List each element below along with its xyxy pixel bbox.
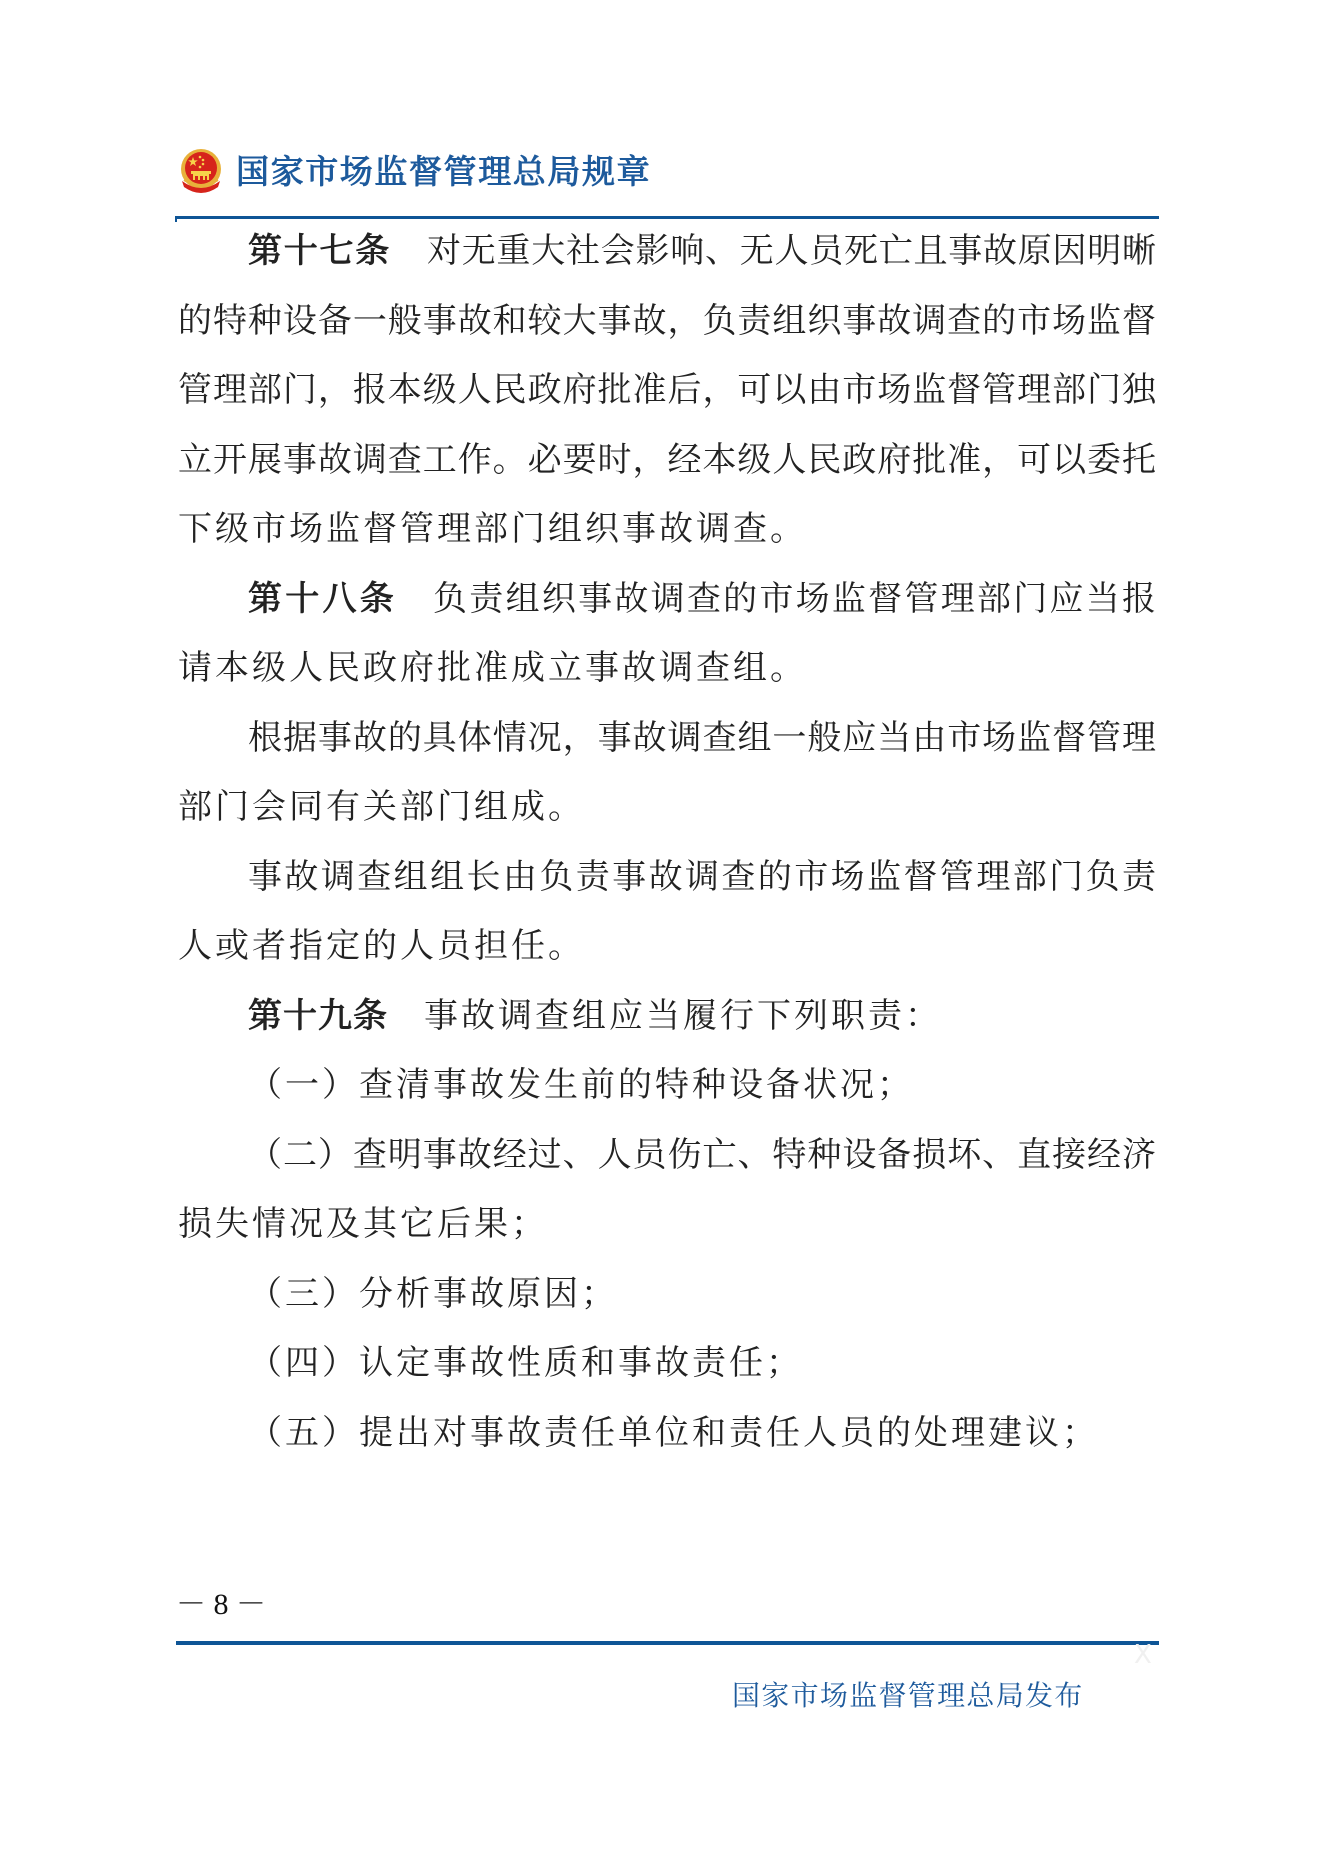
- article-19-item-2-line-2: 损失情况及其它后果；: [178, 1190, 1156, 1260]
- article-17-line-2: 的特种设备一般事故和较大事故，负责组织事故调查的市场监督: [178, 287, 1156, 357]
- article-17-line-4: 立开展事故调查工作。必要时，经本级人民政府批准，可以委托: [178, 426, 1156, 496]
- header-title: 国家市场监督管理总局规章: [236, 152, 651, 192]
- article-19-heading: 第十九条: [248, 996, 388, 1036]
- article-19-item-3: （三）分析事故原因；: [178, 1260, 1156, 1330]
- article-18-line-1: 第十八条负责组织事故调查的市场监督管理部门应当报: [178, 565, 1156, 635]
- footer-publisher: 国家市场监督管理总局发布: [732, 1676, 1084, 1716]
- page-number: － 8 －: [176, 1588, 266, 1622]
- article-19-item-5: （五）提出对事故责任单位和责任人员的处理建议；: [178, 1399, 1156, 1469]
- article-18-para-2-line-2: 部门会同有关部门组成。: [178, 773, 1156, 843]
- text: 对无重大社会影响、无人员死亡且事故原因明晰: [427, 231, 1156, 271]
- article-17-line-1: 第十七条对无重大社会影响、无人员死亡且事故原因明晰: [178, 217, 1156, 287]
- article-19-item-4: （四）认定事故性质和事故责任；: [178, 1329, 1156, 1399]
- text: 事故调查组应当履行下列职责：: [424, 996, 942, 1036]
- watermark-mark: X: [1134, 1640, 1152, 1670]
- article-17-line-5: 下级市场监督管理部门组织事故调查。: [178, 495, 1156, 565]
- national-emblem-icon: [178, 147, 224, 197]
- article-18-para-3-line-2: 人或者指定的人员担任。: [178, 912, 1156, 982]
- article-17-line-3: 管理部门，报本级人民政府批准后，可以由市场监督管理部门独: [178, 356, 1156, 426]
- article-17-heading: 第十七条: [248, 231, 391, 271]
- article-18-line-2: 请本级人民政府批准成立事故调查组。: [178, 634, 1156, 704]
- document-header: 国家市场监督管理总局规章: [178, 144, 651, 200]
- article-18-para-3-line-1: 事故调查组组长由负责事故调查的市场监督管理部门负责: [178, 843, 1156, 913]
- footer-divider: [176, 1641, 1159, 1645]
- article-19-item-1: （一）查清事故发生前的特种设备状况；: [178, 1051, 1156, 1121]
- article-19-item-2-line-1: （二）查明事故经过、人员伤亡、特种设备损坏、直接经济: [178, 1121, 1156, 1191]
- article-18-heading: 第十八条: [248, 579, 397, 619]
- header-divider-tick: [175, 216, 177, 222]
- article-18-para-2-line-1: 根据事故的具体情况，事故调查组一般应当由市场监督管理: [178, 704, 1156, 774]
- document-body: 第十七条对无重大社会影响、无人员死亡且事故原因明晰 的特种设备一般事故和较大事故…: [178, 217, 1156, 1468]
- article-19-line-1: 第十九条事故调查组应当履行下列职责：: [178, 982, 1156, 1052]
- text: 负责组织事故调查的市场监督管理部门应当报: [433, 579, 1156, 619]
